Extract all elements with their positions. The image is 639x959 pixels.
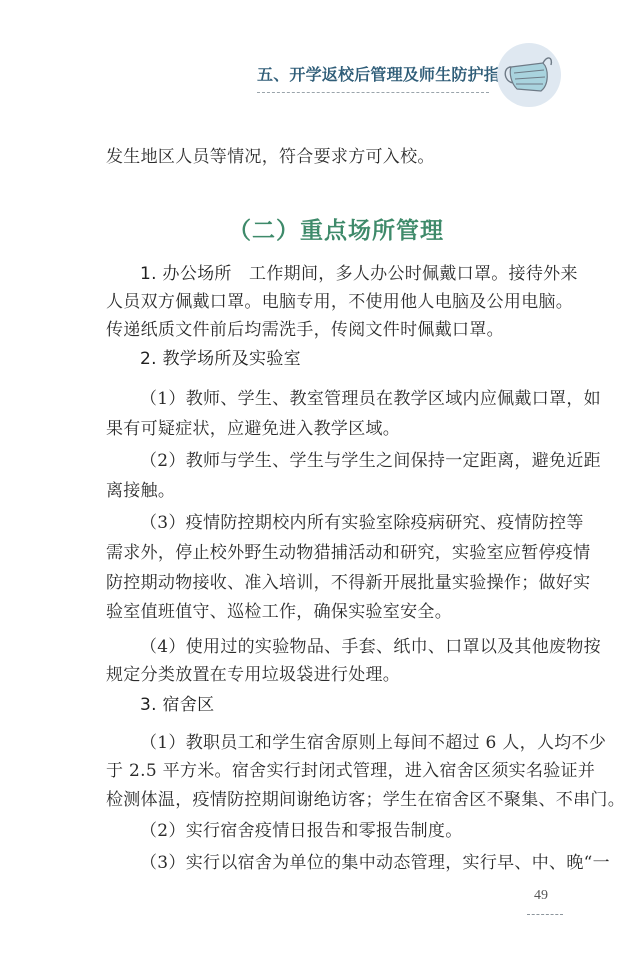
section-heading: （二）重点场所管理: [106, 212, 566, 245]
dorm-subheading: 3. 宿舍区: [140, 694, 214, 716]
header-dashed-rule: [257, 92, 489, 93]
dorm-item-2-line-1: （2）实行宿舍疫情日报告和零报告制度。: [140, 820, 463, 842]
teaching-item-3-line-1: （3）疫情防控期校内所有实验室除疫病研究、疫情防控等: [140, 512, 584, 534]
carryover-paragraph: 发生地区人员等情况，符合要求方可入校。: [106, 146, 435, 168]
office-paragraph-line-1: 1. 办公场所 工作期间，多人办公时佩戴口罩。接待外来: [140, 263, 578, 285]
teaching-item-2-line-1: （2）教师与学生、学生与学生之间保持一定距离，避免近距: [140, 450, 601, 472]
footer-dashed-rule: [527, 914, 563, 915]
teaching-item-1-line-1: （1）教师、学生、教室管理员在教学区域内应佩戴口罩，如: [140, 388, 601, 410]
dorm-item-1-line-3: 检测体温，疫情防控期间谢绝访客；学生在宿舍区不聚集、不串门。: [106, 789, 625, 811]
teaching-subheading: 2. 教学场所及实验室: [140, 348, 301, 370]
teaching-item-4-line-1: （4）使用过的实验物品、手套、纸巾、口罩以及其他废物按: [140, 636, 601, 658]
teaching-item-4-line-2: 规定分类放置在专用垃圾袋进行处理。: [106, 664, 400, 686]
dorm-item-1-line-2: 于 2.5 平方米。宿舍实行封闭式管理，进入宿舍区须实名验证并: [106, 760, 595, 782]
teaching-item-3-line-4: 验室值班值守、巡检工作，确保实验室安全。: [106, 601, 452, 623]
dorm-item-3-line-1: （3）实行以宿舍为单位的集中动态管理，实行早、中、晚“一: [140, 852, 610, 874]
office-paragraph-line-2: 人员双方佩戴口罩。电脑专用，不使用他人电脑及公用电脑。: [106, 291, 573, 313]
dorm-item-1-line-1: （1）教职员工和学生宿舍原则上每间不超过 6 人，人均不少: [140, 732, 606, 754]
face-mask-icon: [497, 43, 561, 107]
teaching-item-2-line-2: 离接触。: [106, 480, 175, 502]
office-paragraph-line-3: 传递纸质文件前后均需洗手，传阅文件时佩戴口罩。: [106, 319, 504, 341]
teaching-item-1-line-2: 果有可疑症状，应避免进入教学区域。: [106, 418, 400, 440]
chapter-title: 五、开学返校后管理及师生防护指引: [257, 62, 516, 85]
running-header: 五、开学返校后管理及师生防护指引: [0, 0, 639, 120]
page-number: 49: [534, 888, 548, 904]
office-subheading: 1. 办公场所: [140, 264, 232, 284]
teaching-item-3-line-3: 防控期动物接收、准入培训，不得新开展批量实验操作；做好实: [106, 572, 590, 594]
teaching-item-3-line-2: 需求外，停止校外野生动物猎捕活动和研究，实验室应暂停疫情: [106, 542, 590, 564]
